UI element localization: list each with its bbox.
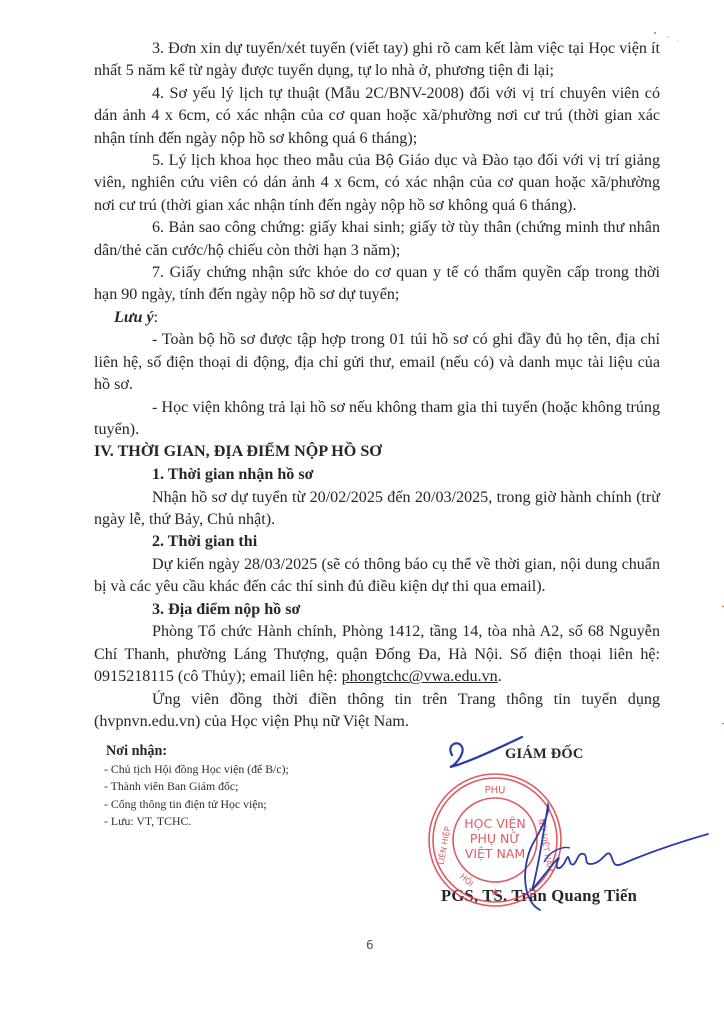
period: .: [498, 668, 502, 685]
subsection-3-title: 3. Địa điểm nộp hồ sơ: [94, 599, 660, 622]
subsection-2-title: 2. Thời gian thi: [94, 531, 660, 554]
stamp-star-icon: ★: [490, 886, 500, 899]
document-body: 3. Đơn xin dự tuyển/xét tuyển (viết tay)…: [94, 38, 660, 733]
item-text: Giấy chứng nhận sức khỏe do cơ quan y tế…: [94, 264, 660, 303]
stamp-bottom-text: HỘI: [458, 870, 476, 888]
recipients-title: Nơi nhận:: [106, 742, 289, 761]
requirement-item-5: 5. Lý lịch khoa học theo mẫu của Bộ Giáo…: [94, 150, 660, 217]
item-number: 3.: [152, 40, 164, 57]
note-colon: :: [154, 309, 158, 326]
item-number: 4.: [152, 85, 164, 102]
requirement-item-6: 6. Bản sao công chứng: giấy khai sinh; g…: [94, 217, 660, 262]
recipient-item: - Lưu: VT, TCHC.: [104, 813, 289, 830]
recipients-list: Nơi nhận: - Chủ tịch Hội đồng Học viện (…: [104, 742, 289, 830]
item-text: Đơn xin dự tuyển/xét tuyển (viết tay) gh…: [94, 40, 660, 79]
note-bullet: - Toàn bộ hồ sơ được tập hợp trong 01 tú…: [94, 329, 660, 396]
requirement-item-7: 7. Giấy chứng nhận sức khỏe do cơ quan y…: [94, 262, 660, 307]
requirement-item-4: 4. Sơ yếu lý lịch tự thuật (Mẫu 2C/BNV-2…: [94, 83, 660, 150]
subsection-1-text: Nhận hồ sơ dự tuyển từ 20/02/2025 đến 20…: [94, 487, 660, 532]
note-bullet: - Học viện không trả lại hồ sơ nếu không…: [94, 397, 660, 442]
stamp-left-text: LIÊN HIỆP: [435, 825, 454, 865]
item-number: 6.: [152, 219, 164, 236]
director-signature: [510, 790, 710, 920]
recipient-item: - Cổng thông tin điện tử Học viện;: [104, 796, 289, 813]
item-text: Lý lịch khoa học theo mẫu của Bộ Giáo dụ…: [94, 152, 660, 214]
item-number: 7.: [152, 264, 164, 281]
subsection-1-title: 1. Thời gian nhận hồ sơ: [94, 464, 660, 487]
closing-text: Ứng viên đồng thời điền thông tin trên T…: [94, 689, 660, 734]
subsection-2-text: Dự kiến ngày 28/03/2025 (sẽ có thông báo…: [94, 554, 660, 599]
requirement-item-3: 3. Đơn xin dự tuyển/xét tuyển (viết tay)…: [94, 38, 660, 83]
initials-mark: [440, 735, 530, 771]
partial-stamp-edge: [680, 600, 724, 730]
contact-email-link[interactable]: phongtchc@vwa.edu.vn: [342, 668, 498, 685]
section-iv-title: IV. THỜI GIAN, ĐỊA ĐIỂM NỘP HỒ SƠ: [94, 441, 660, 464]
item-text: Sơ yếu lý lịch tự thuật (Mẫu 2C/BNV-2008…: [94, 85, 660, 147]
recipient-item: - Thành viên Ban Giám đốc;: [104, 778, 289, 795]
item-text: Bản sao công chứng: giấy khai sinh; giấy…: [94, 219, 660, 258]
item-number: 5.: [152, 152, 164, 169]
stamp-top-text: PHỤ: [485, 785, 506, 796]
subsection-3-text: Phòng Tổ chức Hành chính, Phòng 1412, tầ…: [94, 621, 660, 688]
note-label: Lưu ý: [114, 309, 154, 326]
recipient-item: - Chủ tịch Hội đồng Học viện (để B/c);: [104, 761, 289, 778]
page-number: 6: [366, 938, 374, 952]
note-heading: Lưu ý:: [94, 307, 660, 329]
